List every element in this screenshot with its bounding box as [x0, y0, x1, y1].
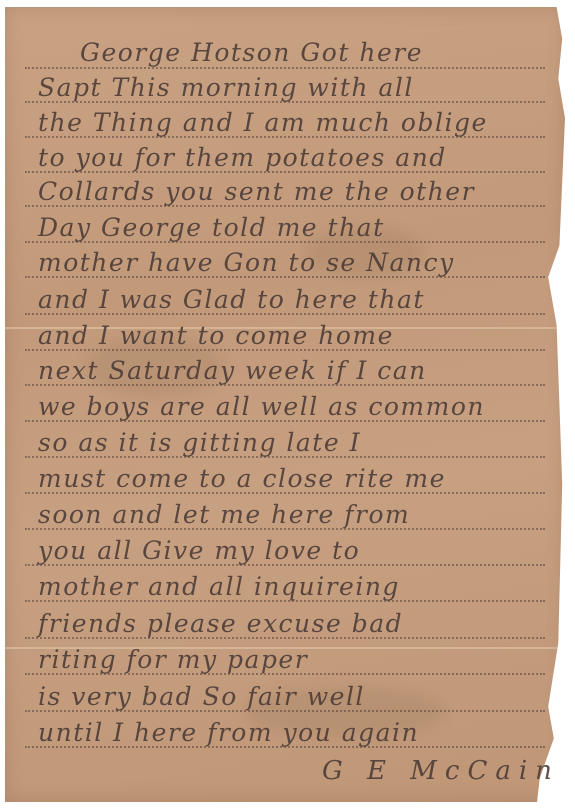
- letter-line: George Hotson Got here: [80, 38, 423, 67]
- letter-line: until I here from you again: [38, 718, 419, 747]
- letter-line: is very bad So fair well: [38, 682, 365, 711]
- letter-line: we boys are all well as common: [38, 392, 485, 421]
- letter-line: Sapt This morning with all: [38, 73, 414, 102]
- letter-line: next Saturday week if I can: [38, 356, 427, 385]
- letter-line: mother have Gon to se Nancy: [38, 248, 455, 277]
- letter-line: the Thing and I am much oblige: [38, 108, 488, 137]
- letter-line: Day George told me that: [38, 213, 385, 242]
- letter-line: and I want to come home: [38, 321, 394, 350]
- letter-line: to you for them potatoes and: [38, 143, 447, 172]
- letter-line: riting for my paper: [38, 645, 308, 674]
- ruled-line: [25, 67, 545, 69]
- letter-line: you all Give my love to: [38, 536, 360, 565]
- letter-line: and I was Glad to here that: [38, 285, 425, 314]
- letter-line: Collards you sent me the other: [38, 177, 475, 206]
- letter-line: mother and all inquireing: [38, 572, 400, 601]
- letter-line: friends please excuse bad: [38, 609, 403, 638]
- letter-line: so as it is gitting late I: [38, 428, 361, 457]
- letter-line: soon and let me here from: [38, 500, 410, 529]
- signature: G E McCain: [322, 756, 560, 786]
- letter-line: must come to a close rite me: [38, 464, 446, 493]
